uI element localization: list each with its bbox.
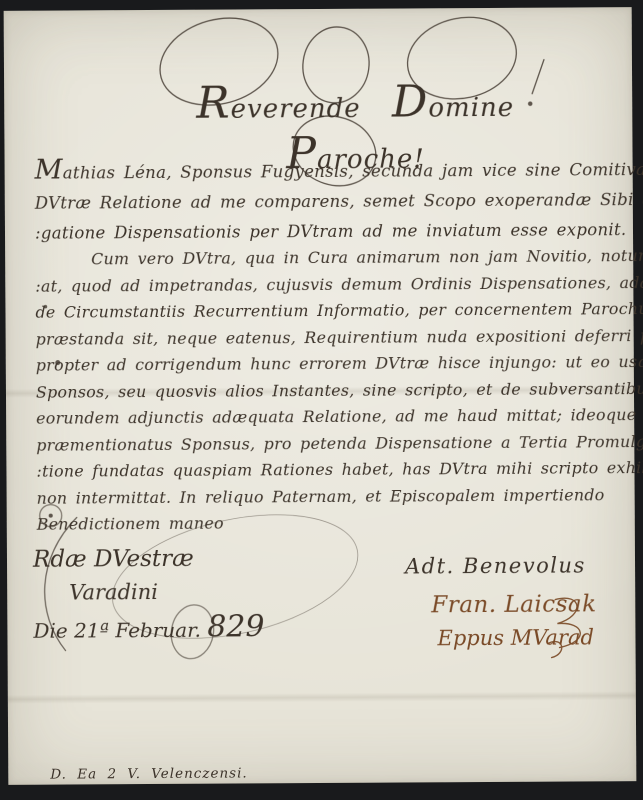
text-line: Benedictionem maneo (37, 508, 621, 538)
valediction: Adt. Benevolus (405, 553, 605, 578)
text-line: :tione fundatas quaspiam Rationes habet,… (36, 455, 620, 485)
text-line: Cum vero DVtra, qua in Cura animarum non… (35, 243, 619, 273)
salutation-word: Reverende (196, 77, 361, 129)
dateline-block: Rdæ DVestræ Varadini Die 21ª Februar. 82… (33, 545, 334, 646)
docket-note: D. Ea 2 V. Velenczensi. (50, 765, 247, 782)
text-line: Mathias Léna, Sponsus Fugyensis, secunda… (35, 153, 619, 189)
text-line: præmentionatus Sponsus, pro petenda Disp… (36, 429, 620, 459)
signature-block: Fran. Laicsak Eppus MVarad (431, 591, 631, 650)
text-line: DVtræ Relatione ad me comparens, semet S… (35, 185, 619, 219)
date-text: Die 21ª Februar. (33, 618, 201, 643)
year: 829 (207, 609, 264, 644)
text-line: non intermittat. In reliquo Paternam, et… (37, 482, 621, 512)
place-name: Varadini (69, 579, 333, 605)
text-line: eorundem adjunctis adæquata Relatione, a… (36, 402, 620, 432)
signature-title: Eppus MVarad (437, 625, 631, 650)
letter-page: Reverende Domine Paroche! Mathias Léna, … (4, 7, 637, 785)
paragraph-2: Cum vero DVtra, qua in Cura animarum non… (35, 243, 621, 538)
text-line: præstanda sit, neque eatenus, Requirenti… (36, 323, 620, 353)
drop-initial: M (35, 155, 63, 186)
signature-name: Fran. Laicsak (431, 591, 631, 618)
date-line: Die 21ª Februar. 829 (33, 609, 333, 646)
addressee-abbreviation: Rdæ DVestræ (33, 545, 333, 573)
text-line-rest: athias Léna, Sponsus Fugyensis, secunda … (63, 160, 643, 183)
salutation-word: Domine (392, 76, 515, 128)
text-line: de Circumstantiis Recurrentium Informati… (35, 296, 619, 326)
text-line: :at, quod ad impetrandas, cujusvis demum… (35, 270, 619, 300)
photo-backdrop: Reverende Domine Paroche! Mathias Léna, … (0, 0, 643, 800)
fold-crease (8, 691, 636, 704)
text-line: Sponsos, seu quosvis alios Instantes, si… (36, 376, 620, 406)
text-line: propter ad corrigendum hunc errorem DVtr… (36, 349, 620, 379)
paragraph-1: Mathias Léna, Sponsus Fugyensis, secunda… (35, 153, 620, 249)
